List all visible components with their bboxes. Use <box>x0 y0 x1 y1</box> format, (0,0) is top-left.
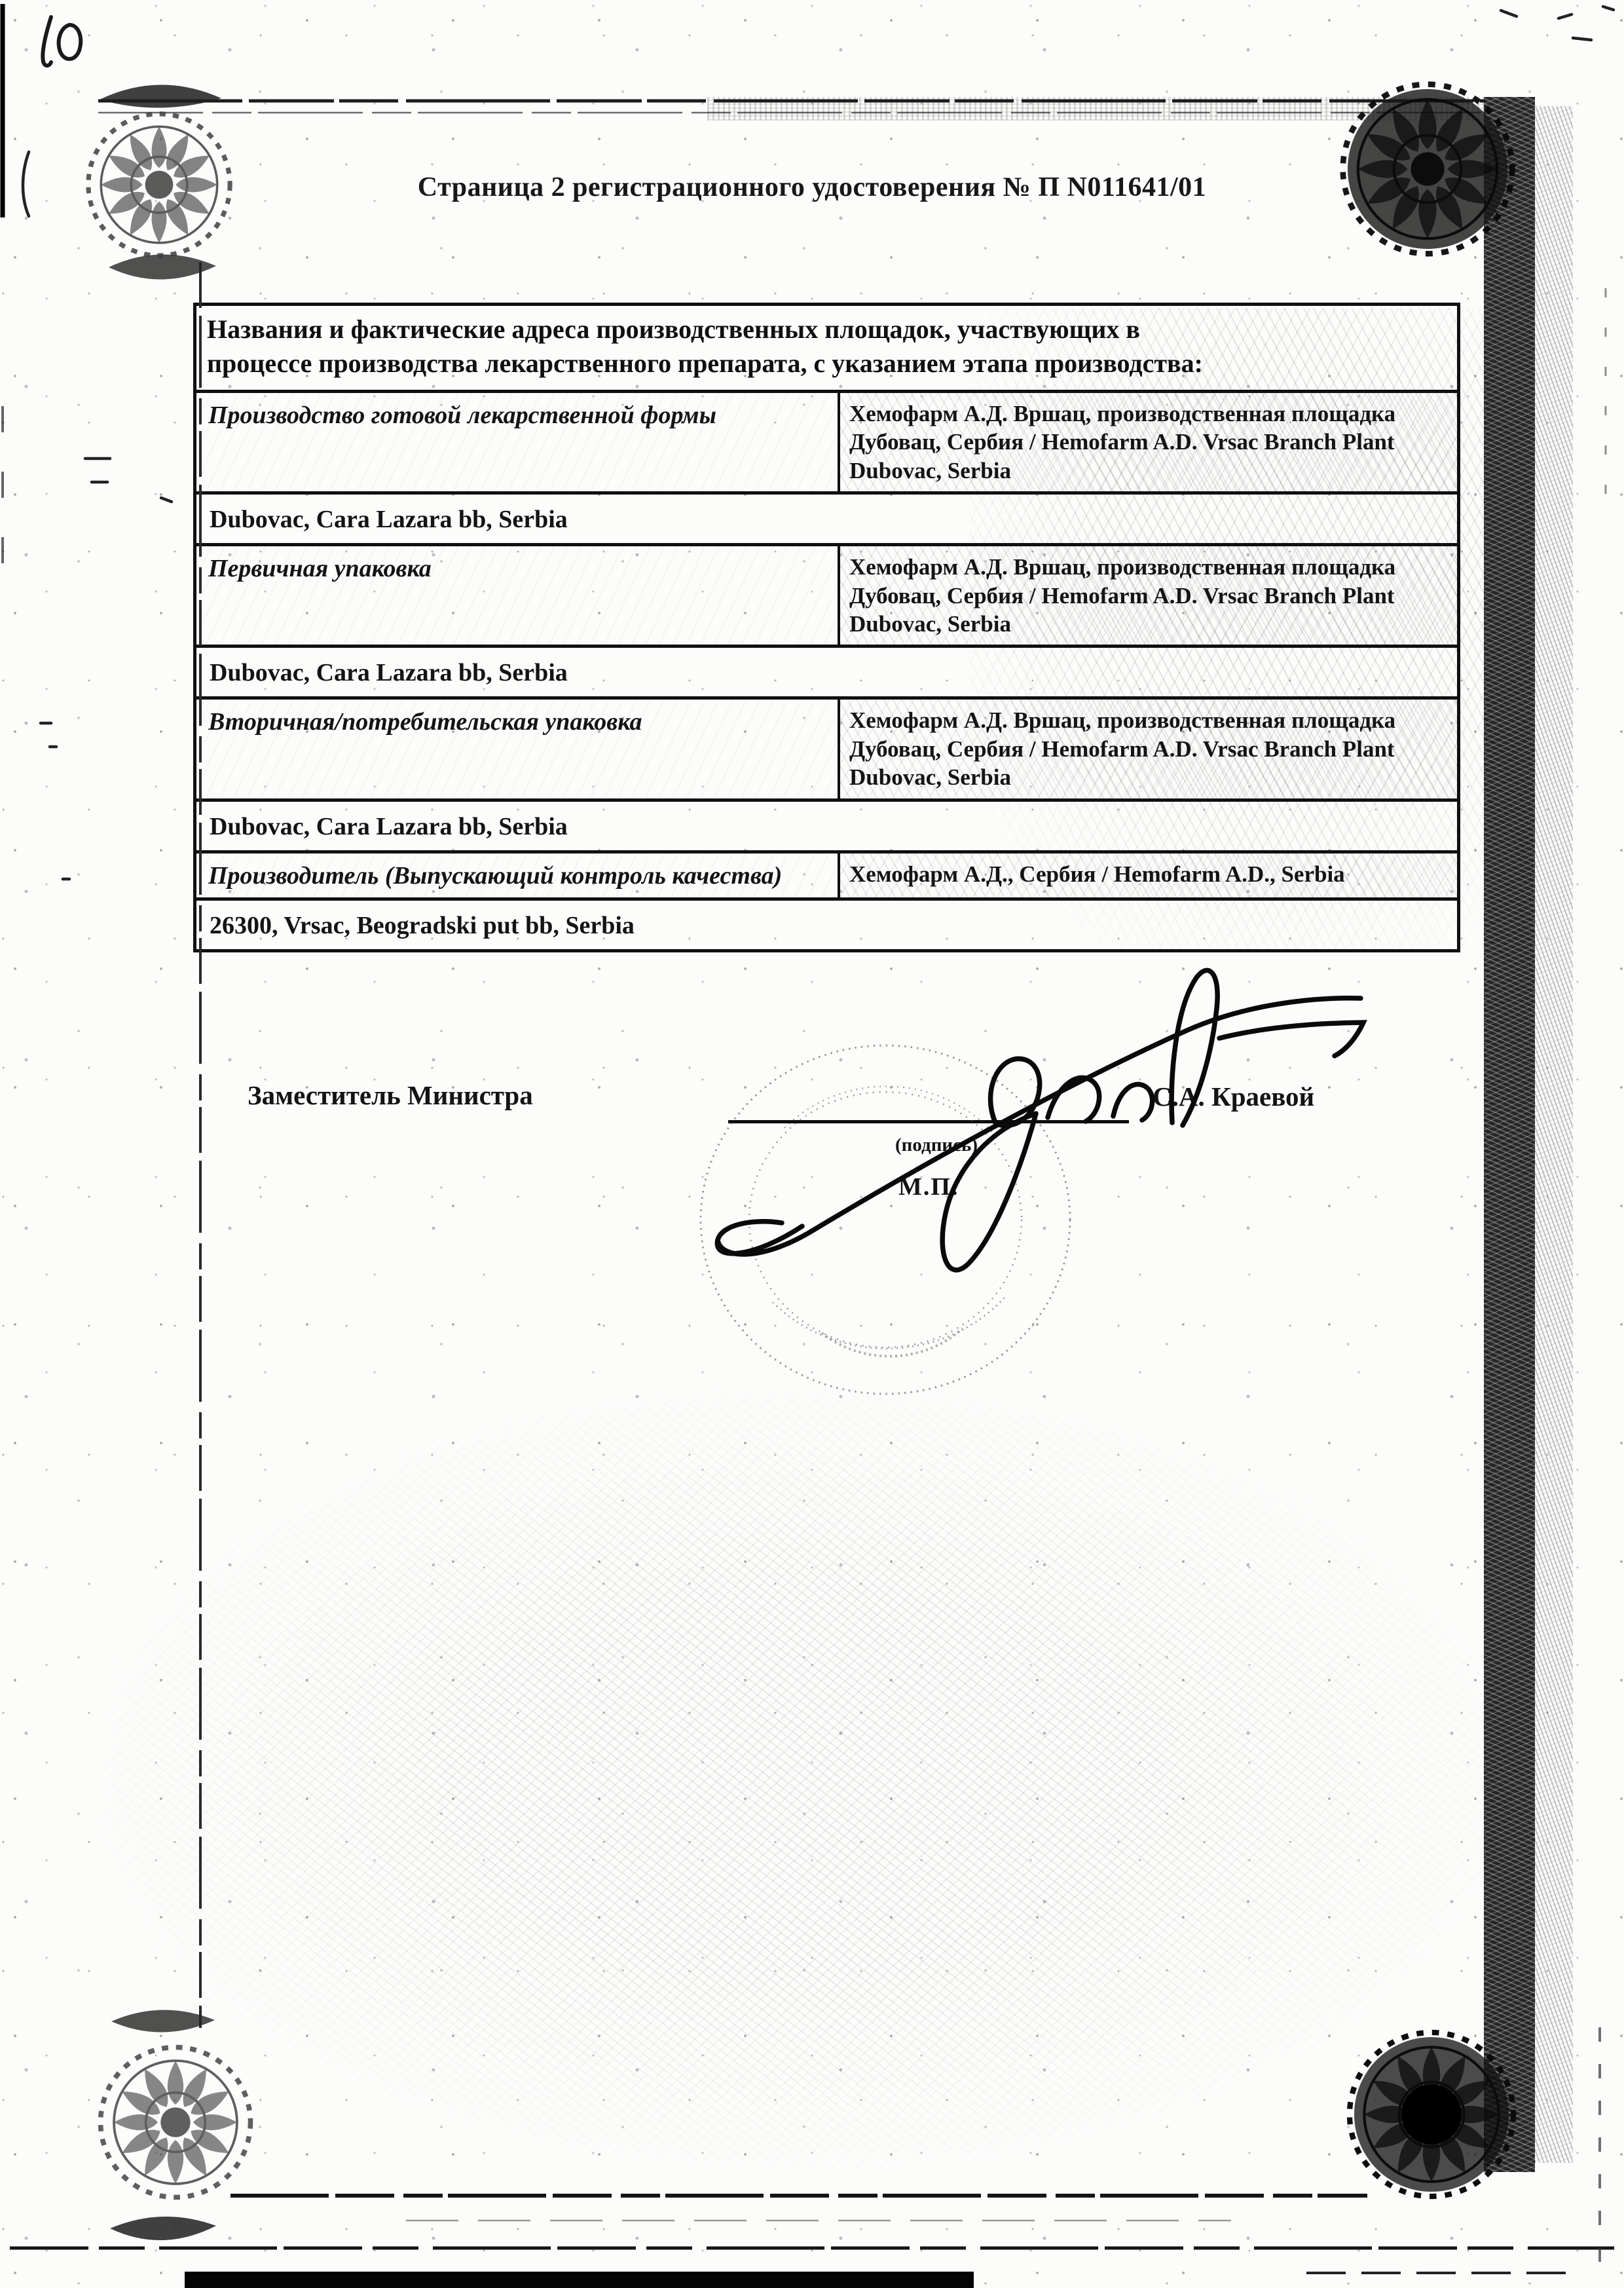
site-text: Хемофарм А.Д. Вршац, производственная пл… <box>849 553 1412 638</box>
address-row: 26300, Vrsac, Beogradski put bb, Serbia <box>196 901 1457 949</box>
site-cell: Хемофарм А.Д. Вршац, производственная пл… <box>840 546 1457 645</box>
address-row: Dubovac, Cara Lazara bb, Serbia <box>196 802 1457 853</box>
table-row: Первичная упаковка Хемофарм А.Д. Вршац, … <box>196 546 1457 648</box>
page-title: Страница 2 регистрационного удостоверени… <box>131 172 1493 203</box>
paper-texture <box>98 1389 1506 2168</box>
site-text: Хемофарм А.Д. Вршац, производственная пл… <box>849 706 1412 791</box>
seal-mark: М.П. <box>898 1172 959 1201</box>
signature-line <box>728 1120 1129 1123</box>
site-cell: Хемофарм А.Д. Вршац, производственная пл… <box>840 700 1457 798</box>
border-right-band <box>1484 97 1535 2172</box>
table-caption: Названия и фактические адреса производст… <box>196 306 1457 393</box>
address-row: Dubovac, Cara Lazara bb, Serbia <box>196 648 1457 700</box>
signature-caption: (подпись) <box>858 1135 1015 1156</box>
table-caption-text: Названия и фактические адреса производст… <box>207 312 1228 381</box>
document-page: Страница 2 регистрационного удостоверени… <box>0 0 1624 2288</box>
table-row: Производство готовой лекарственной формы… <box>196 393 1457 495</box>
stage-cell: Первичная упаковка <box>196 546 840 645</box>
production-sites-table: Названия и фактические адреса производст… <box>193 303 1460 952</box>
table-row: Производитель (Выпускающий контроль каче… <box>196 853 1457 901</box>
minister-title: Заместитель Министра <box>248 1079 533 1111</box>
site-text: Хемофарм А.Д. Вршац, производственная пл… <box>849 400 1412 485</box>
stage-cell: Вторичная/потребительская упаковка <box>196 700 840 798</box>
site-text: Хемофарм А.Д., Сербия / Hemofarm A.D., S… <box>849 860 1345 888</box>
stage-cell: Производитель (Выпускающий контроль каче… <box>196 853 840 898</box>
site-cell: Хемофарм А.Д., Сербия / Hemofarm A.D., S… <box>840 853 1457 898</box>
signatory-name: С.А. Краевой <box>1153 1081 1314 1112</box>
scan-hatch-strip <box>707 97 1484 121</box>
round-stamp <box>701 1045 1070 1394</box>
handwritten-page-number <box>43 17 81 66</box>
stage-cell: Производство готовой лекарственной формы <box>196 393 840 491</box>
border-right-band-noise <box>1535 106 1573 2163</box>
address-row: Dubovac, Cara Lazara bb, Serbia <box>196 495 1457 546</box>
site-cell: Хемофарм А.Д. Вршац, производственная пл… <box>840 393 1457 491</box>
table-row: Вторичная/потребительская упаковка Хемоф… <box>196 700 1457 801</box>
